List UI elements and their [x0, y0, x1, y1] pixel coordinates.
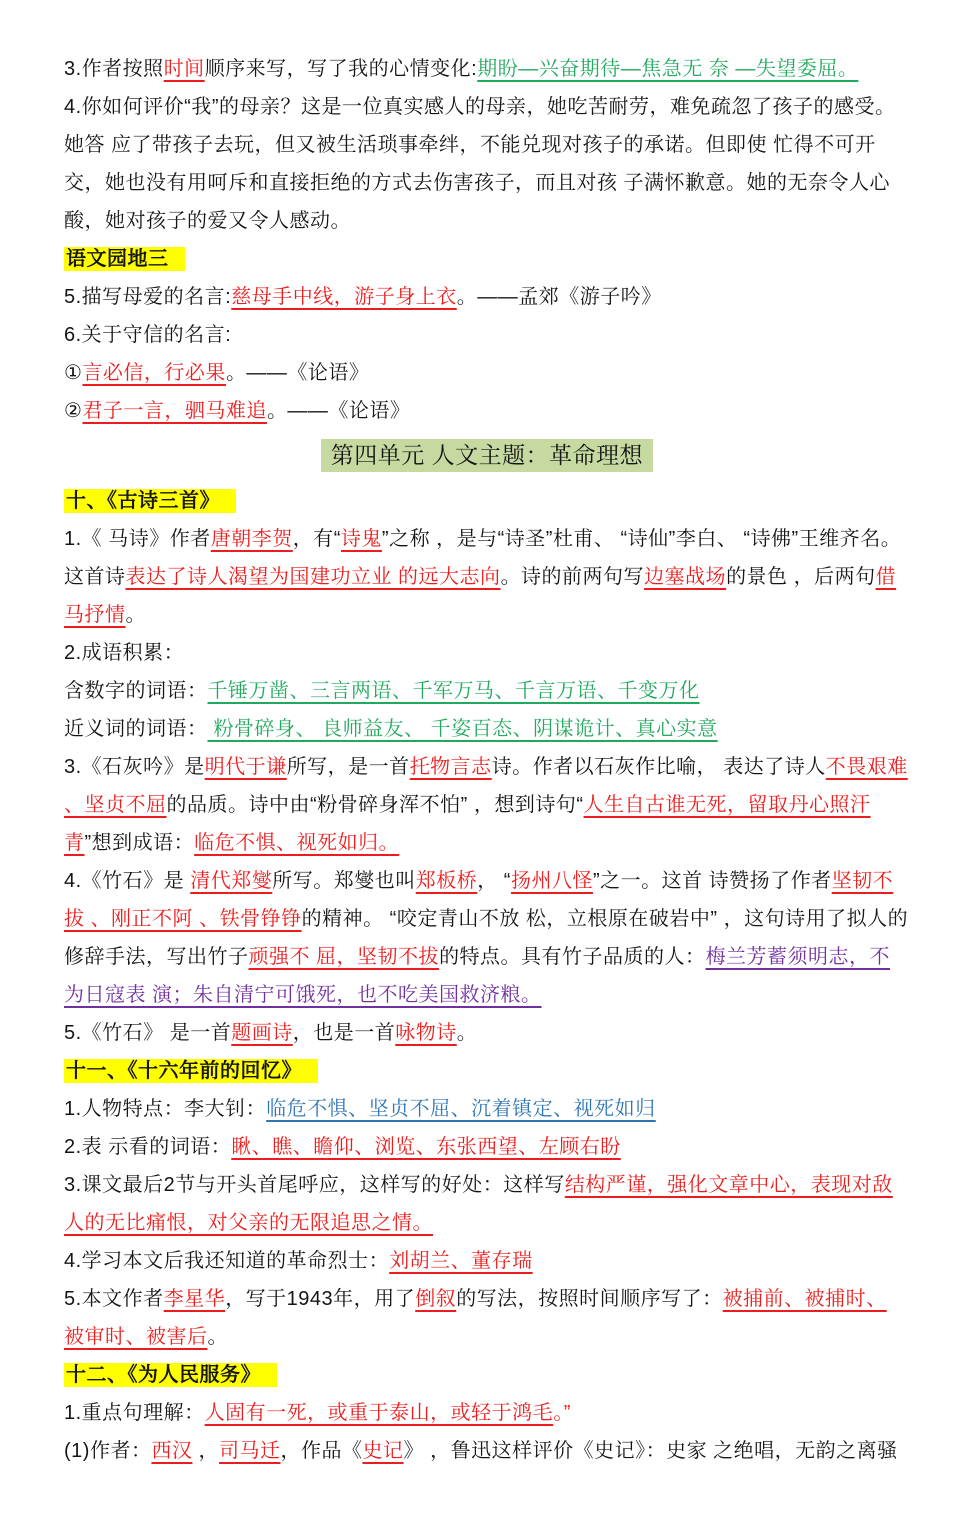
text-run: 倒叙	[415, 1288, 456, 1310]
gushi-line-2b: 近义词的词语： 粉骨碎身、 良师益友、 千姿百态、阴谋诡计、真心实意	[64, 710, 910, 748]
text-run: 5.描写母爱的名言:	[64, 286, 231, 308]
text-run: 的景色 ，后两句	[726, 566, 876, 588]
text-run: 咏物诗	[395, 1022, 457, 1044]
text-run: 司马迁	[219, 1440, 281, 1462]
text-run: 6.关于守信的名言:	[64, 324, 231, 346]
huiyi-line-3: 3.课文最后2节与开头首尾呼应，这样写的好处：这样写结构严谨，强化文章中心，表现…	[64, 1166, 910, 1242]
text-run: ，写于1943年，用了	[225, 1288, 415, 1310]
text-run: 言必信，行必果	[82, 362, 226, 384]
text-run: 十一、《十六年前的回忆》	[64, 1059, 318, 1083]
section-heading-yuwen-yuandi-3: 语文园地三	[64, 240, 910, 278]
text-run: 5.本文作者	[64, 1288, 164, 1310]
text-run: 顽强不 屈，坚韧不拔	[249, 946, 440, 968]
text-run: 。	[553, 1402, 564, 1424]
text-run: 1.人物特点：李大钊：	[64, 1098, 266, 1120]
gushi-line-1: 1.《 马诗》作者唐朝李贺，有“诗鬼”之称 ，是与“诗圣”杜甫、 “诗仙”李白、…	[64, 520, 910, 634]
text-run: 刘胡兰、董存瑞	[389, 1250, 533, 1272]
text-run: ①	[64, 362, 82, 384]
text-run: 1.《 马诗》作者	[64, 528, 211, 550]
text-run: ，作品《	[281, 1440, 363, 1462]
text-run: ”想到成语：	[85, 832, 195, 854]
note-line-6-1: ①言必信，行必果。——《论语》	[64, 354, 910, 392]
text-run: 语文园地三	[64, 247, 185, 271]
text-run: 诗。作者以石灰作比喻， 表达了诗人	[492, 756, 826, 778]
text-run: 临危不惧、坚贞不屈、沉着镇定、视死如归	[266, 1098, 656, 1120]
text-run: 托物言志	[410, 756, 492, 778]
text-run: 的特点。具有竹子品质的人：	[439, 946, 706, 968]
text-run: 临危不惧、视死如归。	[194, 832, 399, 854]
text-run: 期盼—兴奋期待—焦急无 奈 —失望委屈。	[477, 58, 858, 80]
text-run: 的品质。诗中由“粉骨碎身浑不怕” ，想到诗句“	[167, 794, 584, 816]
text-run: 。	[457, 1022, 478, 1044]
gushi-line-2a: 含数字的词语：千锤万凿、三言两语、千军万马、千言万语、千变万化	[64, 672, 910, 710]
text-run: 千锤万凿、三言两语、千军万马、千言万语、千变万化	[208, 680, 700, 702]
text-run: 唐朝李贺	[211, 528, 293, 550]
text-run: 十二、《为人民服务》	[64, 1363, 277, 1387]
text-run: 顺序来写，写了我的心情变化:	[205, 58, 478, 80]
note-line-4: 4.你如何评价“我”的母亲？这是一位真实感人的母亲，她吃苦耐劳，难免疏忽了孩子的…	[64, 88, 910, 240]
fuwu-line-2: (1)作者：西汉 ，司马迁，作品《史记》 ，鲁迅这样评价《史记》：史家 之绝唱，…	[64, 1432, 910, 1470]
text-run: ，也是一首	[293, 1022, 396, 1044]
huiyi-line-1: 1.人物特点：李大钊：临危不惧、坚贞不屈、沉着镇定、视死如归	[64, 1090, 910, 1128]
text-run: 瞅、瞧、瞻仰、浏览、东张西望、左顾右盼	[231, 1136, 621, 1158]
text-run: 第四单元 人文主题：革命理想	[321, 439, 653, 472]
text-run: 。——孟郊《游子吟》	[457, 286, 662, 308]
gushi-line-3: 3.《石灰吟》是明代于谦所写，是一首托物言志诗。作者以石灰作比喻， 表达了诗人不…	[64, 748, 910, 862]
text-run: ”之一。这首 诗赞扬了作者	[593, 870, 832, 892]
text-run: 诗鬼	[341, 528, 382, 550]
text-run: 2.表 示看的词语：	[64, 1136, 231, 1158]
text-run: 人固有一死，或重于泰山，或轻于鸿毛	[205, 1402, 554, 1424]
text-run: 。	[126, 604, 147, 626]
gushi-line-5: 5.《竹石》 是一首题画诗，也是一首咏物诗。	[64, 1014, 910, 1052]
text-run: 扬州八怪	[511, 870, 593, 892]
text-run: 李星华	[164, 1288, 226, 1310]
unit-heading-4: 第四单元 人文主题：革命理想	[64, 436, 910, 474]
text-run: 4.学习本文后我还知道的革命烈士：	[64, 1250, 389, 1272]
fuwu-line-1: 1.重点句理解：人固有一死，或重于泰山，或轻于鸿毛。”	[64, 1394, 910, 1432]
text-run: 。诗的前两句写	[501, 566, 645, 588]
document-body: 3.作者按照时间顺序来写，写了我的心情变化:期盼—兴奋期待—焦急无 奈 —失望委…	[64, 50, 910, 1470]
text-run: 。	[208, 1326, 229, 1348]
text-run: 近义词的词语：	[64, 718, 208, 740]
text-run: 郑板桥	[416, 870, 478, 892]
text-run: 的写法，按照时间顺序写了：	[456, 1288, 723, 1310]
text-run: 十、《古诗三首》	[64, 489, 236, 513]
note-line-6-2: ②君子一言，驷马难追。——《论语》	[64, 392, 910, 430]
text-run: 所写，是一首	[287, 756, 410, 778]
section-heading-11: 十一、《十六年前的回忆》	[64, 1052, 910, 1090]
gushi-line-2: 2.成语积累：	[64, 634, 910, 672]
text-run: 题画诗	[231, 1022, 293, 1044]
text-run: 所写。郑燮也叫	[272, 870, 416, 892]
text-run: 5.《竹石》 是一首	[64, 1022, 231, 1044]
text-run: (1)作者：	[64, 1440, 151, 1462]
note-line-5: 5.描写母爱的名言:慈母手中线，游子身上衣。——孟郊《游子吟》	[64, 278, 910, 316]
section-heading-12: 十二、《为人民服务》	[64, 1356, 910, 1394]
text-run: 表达了诗人渴望为国建功立业 的远大志向	[126, 566, 501, 588]
huiyi-line-5: 5.本文作者李星华，写于1943年，用了倒叙的写法，按照时间顺序写了：被捕前、被…	[64, 1280, 910, 1356]
text-run: 4.你如何评价“我”的母亲？这是一位真实感人的母亲，她吃苦耐劳，难免疏忽了孩子的…	[64, 96, 896, 232]
text-run: ， “	[477, 870, 511, 892]
huiyi-line-4: 4.学习本文后我还知道的革命烈士：刘胡兰、董存瑞	[64, 1242, 910, 1280]
note-line-6: 6.关于守信的名言:	[64, 316, 910, 354]
text-run: 4.《竹石》是	[64, 870, 190, 892]
text-run: ，	[192, 1440, 219, 1462]
text-run: 。——《论语》	[226, 362, 370, 384]
text-run: 粉骨碎身、 良师益友、 千姿百态、阴谋诡计、真心实意	[208, 718, 718, 740]
text-run: 。——《论语》	[267, 400, 411, 422]
note-line-3: 3.作者按照时间顺序来写，写了我的心情变化:期盼—兴奋期待—焦急无 奈 —失望委…	[64, 50, 910, 88]
text-run: ②	[64, 400, 82, 422]
text-run: 清代郑燮	[190, 870, 272, 892]
text-run: 西汉	[151, 1440, 192, 1462]
text-run: 明代于谦	[205, 756, 287, 778]
text-run: 3.《石灰吟》是	[64, 756, 205, 778]
text-run: 慈母手中线，游子身上衣	[231, 286, 457, 308]
text-run: 史记	[363, 1440, 404, 1462]
text-run: 君子一言，驷马难追	[82, 400, 267, 422]
text-run: 3.作者按照	[64, 58, 164, 80]
text-run: ，有“	[293, 528, 341, 550]
gushi-line-4: 4.《竹石》是 清代郑燮所写。郑燮也叫郑板桥， “扬州八怪”之一。这首 诗赞扬了…	[64, 862, 910, 1014]
text-run: 1.重点句理解：	[64, 1402, 205, 1424]
text-run: 2.成语积累：	[64, 642, 184, 664]
text-run: ”	[564, 1402, 571, 1424]
document: 3.作者按照时间顺序来写，写了我的心情变化:期盼—兴奋期待—焦急无 奈 —失望委…	[0, 0, 960, 1530]
huiyi-line-2: 2.表 示看的词语：瞅、瞧、瞻仰、浏览、东张西望、左顾右盼	[64, 1128, 910, 1166]
text-run: 含数字的词语：	[64, 680, 208, 702]
section-heading-10: 十、《古诗三首》	[64, 482, 910, 520]
text-run: 时间	[164, 58, 205, 80]
text-run: 边塞战场	[644, 566, 726, 588]
text-run: 3.课文最后2节与开头首尾呼应，这样写的好处：这样写	[64, 1174, 565, 1196]
text-run: 》 ，鲁迅这样评价《史记》：史家 之绝唱，无韵之离骚	[404, 1440, 898, 1462]
